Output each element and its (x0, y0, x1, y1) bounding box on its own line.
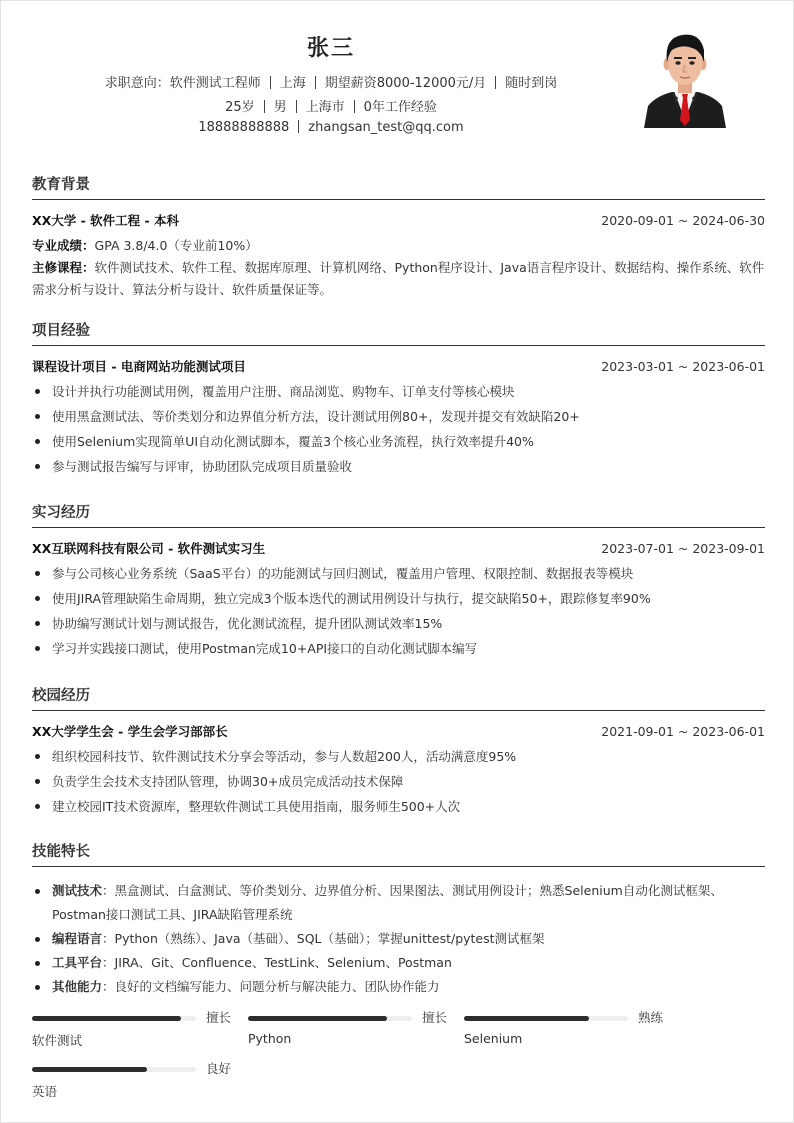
list-item: 协助编写测试计划与测试报告，优化测试流程，提升团队测试效率15% (32, 611, 765, 636)
skill-bar: 擅长 Python (248, 1012, 448, 1072)
section-divider (32, 710, 765, 711)
job-intent-line: 求职意向：软件测试工程师上海期望薪资8000-12000元/月随时到岗 (1, 72, 661, 91)
job-intent: 软件测试工程师 (170, 76, 261, 91)
list-item: 测试技术：黑盒测试、白盒测试、等价类划分、边界值分析、因果图法、测试用例设计；熟… (32, 879, 765, 927)
skill-level: 擅长 (422, 1008, 447, 1026)
avatar-portrait-icon (642, 28, 728, 128)
separator (298, 120, 299, 133)
skill-text: 良好的文档编写能力、问题分析与解决能力、团队协作能力 (115, 979, 440, 994)
section-divider (32, 527, 765, 528)
courses-label: 主修课程： (32, 260, 95, 275)
list-item: 使用Selenium实现简单UI自动化测试脚本，覆盖3个核心业务流程，执行效率提… (32, 429, 765, 454)
skills-section: 技能特长 测试技术：黑盒测试、白盒测试、等价类划分、边界值分析、因果图法、测试用… (32, 841, 765, 999)
project-entry-date: 2023-03-01 ~ 2023-06-01 (601, 358, 765, 376)
list-item: 学习并实践接口测试，使用Postman完成10+API接口的自动化测试脚本编写 (32, 636, 765, 661)
skill-label: 测试技术 (52, 883, 102, 898)
list-item: 组织校园科技节、软件测试技术分享会等活动，参与人数超200人，活动满意度95% (32, 744, 765, 769)
email: zhangsan_test@qq.com (308, 120, 463, 135)
skill-bar-track (248, 1016, 412, 1021)
separator (315, 76, 316, 89)
skill-text: JIRA、Git、Confluence、TestLink、Selenium、Po… (115, 955, 452, 970)
skill-bar-fill (464, 1016, 589, 1021)
internship-entry-title: XX互联网科技有限公司 - 软件测试实习生 (32, 540, 265, 558)
skill-level: 良好 (206, 1059, 231, 1077)
label-colon: ： (102, 883, 115, 898)
gpa-label: 专业成绩： (32, 238, 95, 253)
skill-level: 熟练 (638, 1008, 663, 1026)
gpa-line: 专业成绩：GPA 3.8/4.0（专业前10%） (32, 235, 765, 257)
campus-entry-date: 2021-09-01 ~ 2023-06-01 (601, 723, 765, 741)
expected-salary: 期望薪资8000-12000元/月 (325, 76, 487, 91)
separator (495, 76, 496, 89)
skill-label: 工具平台 (52, 955, 102, 970)
skill-bar: 良好 英语 (32, 1063, 232, 1123)
skill-label: 编程语言 (52, 931, 102, 946)
resume-page: 张三 求职意向：软件测试工程师上海期望薪资8000-12000元/月随时到岗 2… (0, 0, 794, 1123)
internship-entry-header: XX互联网科技有限公司 - 软件测试实习生 2023-07-01 ~ 2023-… (32, 540, 765, 558)
separator (296, 100, 297, 113)
courses-line: 主修课程：软件测试技术、软件工程、数据库原理、计算机网络、Python程序设计、… (32, 257, 765, 301)
resume-header: 张三 求职意向：软件测试工程师上海期望薪资8000-12000元/月随时到岗 2… (1, 1, 794, 151)
section-divider (32, 866, 765, 867)
skill-label: 其他能力 (52, 979, 102, 994)
education-entry-date: 2020-09-01 ~ 2024-06-30 (601, 212, 765, 230)
availability: 随时到岗 (505, 76, 557, 91)
skill-text: Python（熟练）、Java（基础）、SQL（基础）；掌握unittest/p… (115, 931, 545, 946)
skill-bar-track (32, 1016, 196, 1021)
internship-bullets: 参与公司核心业务系统（SaaS平台）的功能测试与回归测试，覆盖用户管理、权限控制… (32, 561, 765, 661)
separator (264, 100, 265, 113)
internship-entry-date: 2023-07-01 ~ 2023-09-01 (601, 540, 765, 558)
section-divider (32, 345, 765, 346)
section-title: 项目经验 (32, 320, 765, 342)
internship-section: 实习经历 XX互联网科技有限公司 - 软件测试实习生 2023-07-01 ~ … (32, 502, 765, 661)
skill-text: 黑盒测试、白盒测试、等价类划分、边界值分析、因果图法、测试用例设计；熟悉Sele… (52, 883, 723, 922)
label-colon: ： (102, 955, 115, 970)
intent-city: 上海 (280, 76, 306, 91)
skill-bar: 熟练 Selenium (464, 1012, 664, 1072)
list-item: 其他能力：良好的文档编写能力、问题分析与解决能力、团队协作能力 (32, 975, 765, 999)
skill-level: 擅长 (206, 1008, 231, 1026)
skill-name: Selenium (464, 1031, 522, 1046)
campus-section: 校园经历 XX大学学生会 - 学生会学习部部长 2021-09-01 ~ 202… (32, 685, 765, 819)
skills-bullets: 测试技术：黑盒测试、白盒测试、等价类划分、边界值分析、因果图法、测试用例设计；熟… (32, 879, 765, 999)
skill-name: Python (248, 1031, 291, 1046)
gpa-value: GPA 3.8/4.0（专业前10%） (95, 238, 258, 253)
list-item: 设计并执行功能测试用例，覆盖用户注册、商品浏览、购物车、订单支付等核心模块 (32, 379, 765, 404)
city: 上海市 (306, 100, 345, 115)
label-colon: ： (102, 979, 115, 994)
section-title: 校园经历 (32, 685, 765, 707)
list-item: 工具平台：JIRA、Git、Confluence、TestLink、Seleni… (32, 951, 765, 975)
gender: 男 (274, 100, 287, 115)
skill-bar-track (32, 1067, 196, 1072)
section-title: 教育背景 (32, 174, 765, 196)
section-title: 实习经历 (32, 502, 765, 524)
section-divider (32, 199, 765, 200)
education-entry-header: XX大学 - 软件工程 - 本科 2020-09-01 ~ 2024-06-30 (32, 212, 765, 230)
job-intent-label: 求职意向： (105, 76, 170, 91)
work-experience: 0年工作经验 (364, 100, 437, 115)
skill-bar-fill (32, 1067, 147, 1072)
label-colon: ： (102, 931, 115, 946)
skill-bar-track (464, 1016, 628, 1021)
list-item: 负责学生会技术支持团队管理，协调30+成员完成活动技术保障 (32, 769, 765, 794)
education-entry-title: XX大学 - 软件工程 - 本科 (32, 212, 179, 230)
campus-entry-title: XX大学学生会 - 学生会学习部部长 (32, 723, 228, 741)
project-bullets: 设计并执行功能测试用例，覆盖用户注册、商品浏览、购物车、订单支付等核心模块 使用… (32, 379, 765, 479)
campus-bullets: 组织校园科技节、软件测试技术分享会等活动，参与人数超200人，活动满意度95% … (32, 744, 765, 819)
candidate-name: 张三 (1, 31, 661, 62)
education-section: 教育背景 XX大学 - 软件工程 - 本科 2020-09-01 ~ 2024-… (32, 174, 765, 301)
list-item: 参与测试报告编写与评审，协助团队完成项目质量验收 (32, 454, 765, 479)
project-entry-header: 课程设计项目 - 电商网站功能测试项目 2023-03-01 ~ 2023-06… (32, 358, 765, 376)
phone: 18888888888 (198, 120, 289, 135)
skill-bar-fill (248, 1016, 387, 1021)
courses-value: 软件测试技术、软件工程、数据库原理、计算机网络、Python程序设计、Java语… (32, 260, 764, 297)
list-item: 参与公司核心业务系统（SaaS平台）的功能测试与回归测试，覆盖用户管理、权限控制… (32, 561, 765, 586)
list-item: 建立校园IT技术资源库，整理软件测试工具使用指南，服务师生500+人次 (32, 794, 765, 819)
age: 25岁 (225, 100, 255, 115)
contact-line: 18888888888zhangsan_test@qq.com (1, 120, 661, 135)
list-item: 编程语言：Python（熟练）、Java（基础）、SQL（基础）；掌握unitt… (32, 927, 765, 951)
separator (354, 100, 355, 113)
personal-info-line: 25岁男上海市0年工作经验 (1, 96, 661, 115)
campus-entry-header: XX大学学生会 - 学生会学习部部长 2021-09-01 ~ 2023-06-… (32, 723, 765, 741)
skill-name: 软件测试 (32, 1031, 82, 1049)
skill-name: 英语 (32, 1082, 57, 1100)
list-item: 使用黑盒测试法、等价类划分和边界值分析方法，设计测试用例80+，发现并提交有效缺… (32, 404, 765, 429)
projects-section: 项目经验 课程设计项目 - 电商网站功能测试项目 2023-03-01 ~ 20… (32, 320, 765, 479)
section-title: 技能特长 (32, 841, 765, 863)
list-item: 使用JIRA管理缺陷生命周期，独立完成3个版本迭代的测试用例设计与执行，提交缺陷… (32, 586, 765, 611)
project-entry-title: 课程设计项目 - 电商网站功能测试项目 (32, 358, 246, 376)
separator (270, 76, 271, 89)
skill-bar-fill (32, 1016, 181, 1021)
